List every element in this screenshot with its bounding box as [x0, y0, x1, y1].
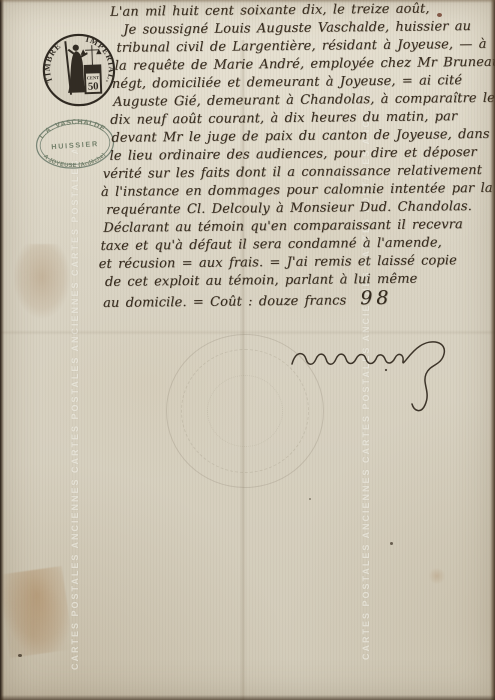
ink-speck	[309, 498, 311, 500]
cost-amount: 98	[360, 287, 392, 309]
manuscript-lines: L'an mil huit cent soixante dix, le trei…	[96, 0, 495, 292]
cost-line: au domicile. = Coût : douze francs98	[103, 288, 495, 313]
ink-stain	[428, 568, 446, 584]
scanned-document-page: CARTES POSTALES ANCIENNES CARTES POSTALE…	[0, 0, 495, 700]
cost-line-text: au domicile. = Coût : douze francs	[103, 293, 346, 311]
huissier-stamp-title: HUISSIER	[51, 139, 99, 151]
ink-speck	[18, 654, 22, 657]
page-edge-left	[0, 0, 4, 700]
watermark-column: CARTES POSTALES ANCIENNES CARTES POSTALE…	[70, 150, 80, 670]
manuscript-text: L'an mil huit cent soixante dix, le trei…	[96, 0, 495, 313]
ink-stain	[0, 566, 74, 658]
signature-flourish	[286, 326, 466, 418]
ink-speck	[390, 542, 393, 545]
ink-stain	[14, 244, 70, 318]
page-edge-bottom	[0, 695, 495, 700]
